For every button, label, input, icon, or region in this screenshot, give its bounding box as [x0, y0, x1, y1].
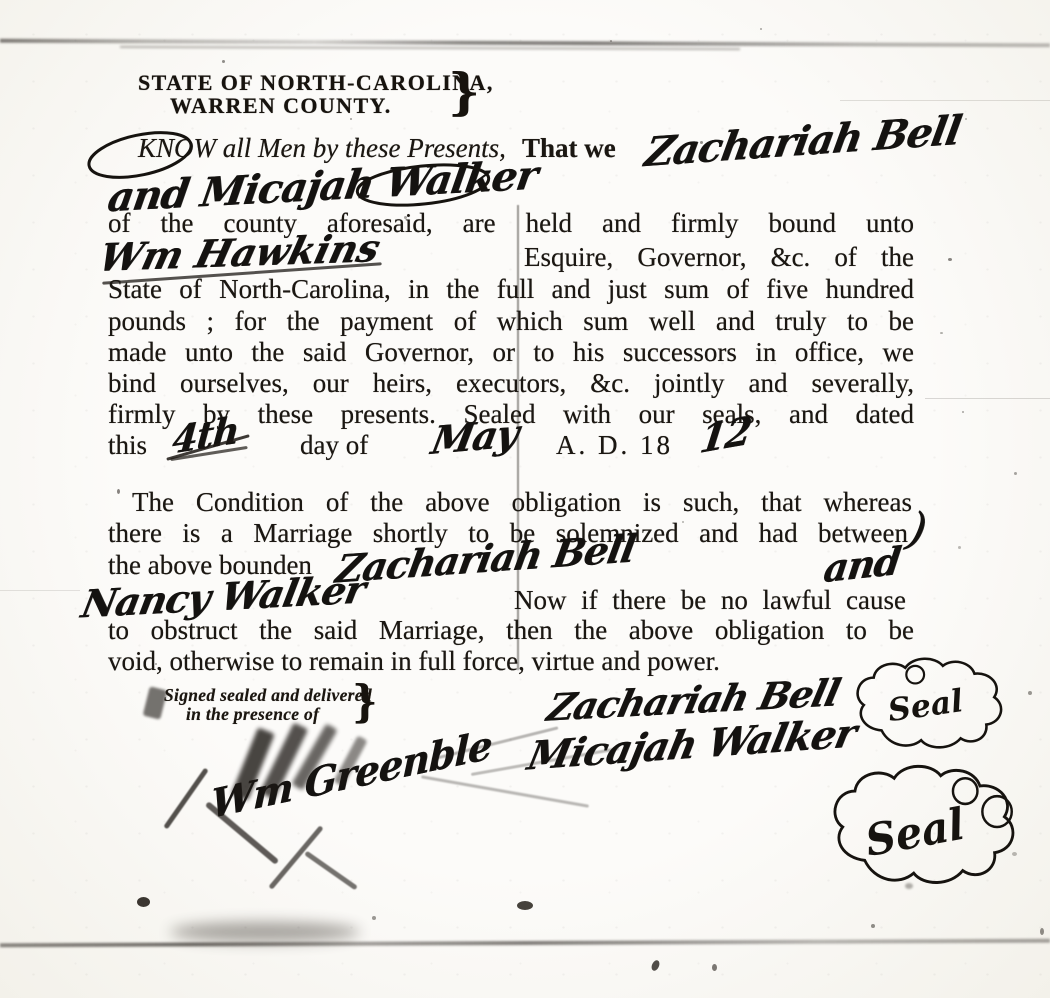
attestation-smudge: [143, 686, 168, 719]
ink-speck: [700, 141, 703, 144]
bond-year-prefix: A. D. 18: [556, 430, 673, 461]
ink-speck: [1012, 852, 1017, 856]
ink-speck: [1028, 691, 1032, 695]
ink-speck: [905, 883, 913, 889]
condition-line-5: to obstruct the said Marriage, then the …: [108, 615, 914, 646]
attestation-line-1: Signed sealed and delivered: [164, 685, 372, 706]
bond-line-governor: made unto the said Governor, or to his s…: [108, 337, 914, 368]
scan-rule-2: [925, 398, 1050, 399]
ink-speck: [962, 411, 964, 413]
attestation-brace: }: [352, 676, 378, 728]
crease-top: [0, 39, 1050, 48]
ink-speck: [222, 60, 225, 63]
ink-speck: [155, 663, 157, 665]
bond-line-pounds: pounds ; for the payment of which sum we…: [108, 306, 914, 337]
ink-speck: [958, 546, 961, 549]
header-brace: }: [448, 62, 480, 121]
handwritten-bondsman-1: Zachariah Bell: [641, 107, 964, 177]
bond-line-state: State of North-Carolina, in the full and…: [108, 274, 914, 305]
seal-1: Seal: [852, 660, 1010, 750]
bond-line-bind: bind ourselves, our heirs, executors, &c…: [108, 368, 914, 399]
scan-rule-1: [840, 100, 1050, 101]
ink-speck: [1014, 472, 1017, 475]
ink-speck: [760, 28, 762, 30]
bond-words-day-of: day of: [300, 430, 368, 461]
pen-flourish-after-walker: [348, 158, 498, 213]
condition-line-1: The Condition of the above obligation is…: [132, 487, 912, 518]
condition-line-4: Now if there be no lawful cause: [514, 585, 906, 616]
crease-top-echo: [120, 46, 740, 50]
ink-speck: [404, 216, 407, 219]
header-county-line: WARREN COUNTY.: [170, 93, 392, 119]
crease-bottom: [0, 939, 1050, 948]
ink-speck: [650, 959, 661, 972]
handwritten-and: and: [821, 538, 903, 592]
ink-speck: [712, 964, 717, 971]
bond-word-this: this: [108, 430, 147, 461]
seal-2: Seal: [828, 768, 1024, 886]
ghost-stroke: [421, 775, 589, 807]
ink-speck: [1040, 928, 1044, 935]
bond-line-esquire: Esquire, Governor, &c. of the: [524, 242, 914, 273]
ink-speck: [610, 40, 612, 42]
ink-speck: [940, 332, 943, 334]
scan-rule-3: [0, 590, 80, 591]
ink-blot: [137, 897, 150, 907]
ink-speck: [117, 489, 120, 494]
document-scan: STATE OF NORTH-CAROLINA, WARREN COUNTY. …: [0, 0, 1050, 998]
ink-speck: [871, 924, 875, 928]
ink-speck: [372, 916, 376, 920]
pen-flourish-lead-in: [78, 123, 203, 185]
handwritten-year: 12: [697, 407, 754, 463]
seal-1-label: Seal: [886, 682, 966, 729]
ink-speck: [948, 258, 952, 261]
seal-2-label: Seal: [862, 799, 968, 867]
attestation-line-2: in the presence of: [186, 704, 319, 725]
ink-speck: [350, 118, 352, 120]
ink-speck: [682, 521, 684, 523]
crease-bottom-smudge: [170, 922, 360, 942]
corner-scribble: [163, 768, 208, 830]
corner-scribble: [304, 851, 358, 891]
handwritten-month: May: [428, 410, 522, 463]
ink-blot: [517, 901, 533, 910]
ink-speck: [965, 118, 967, 120]
